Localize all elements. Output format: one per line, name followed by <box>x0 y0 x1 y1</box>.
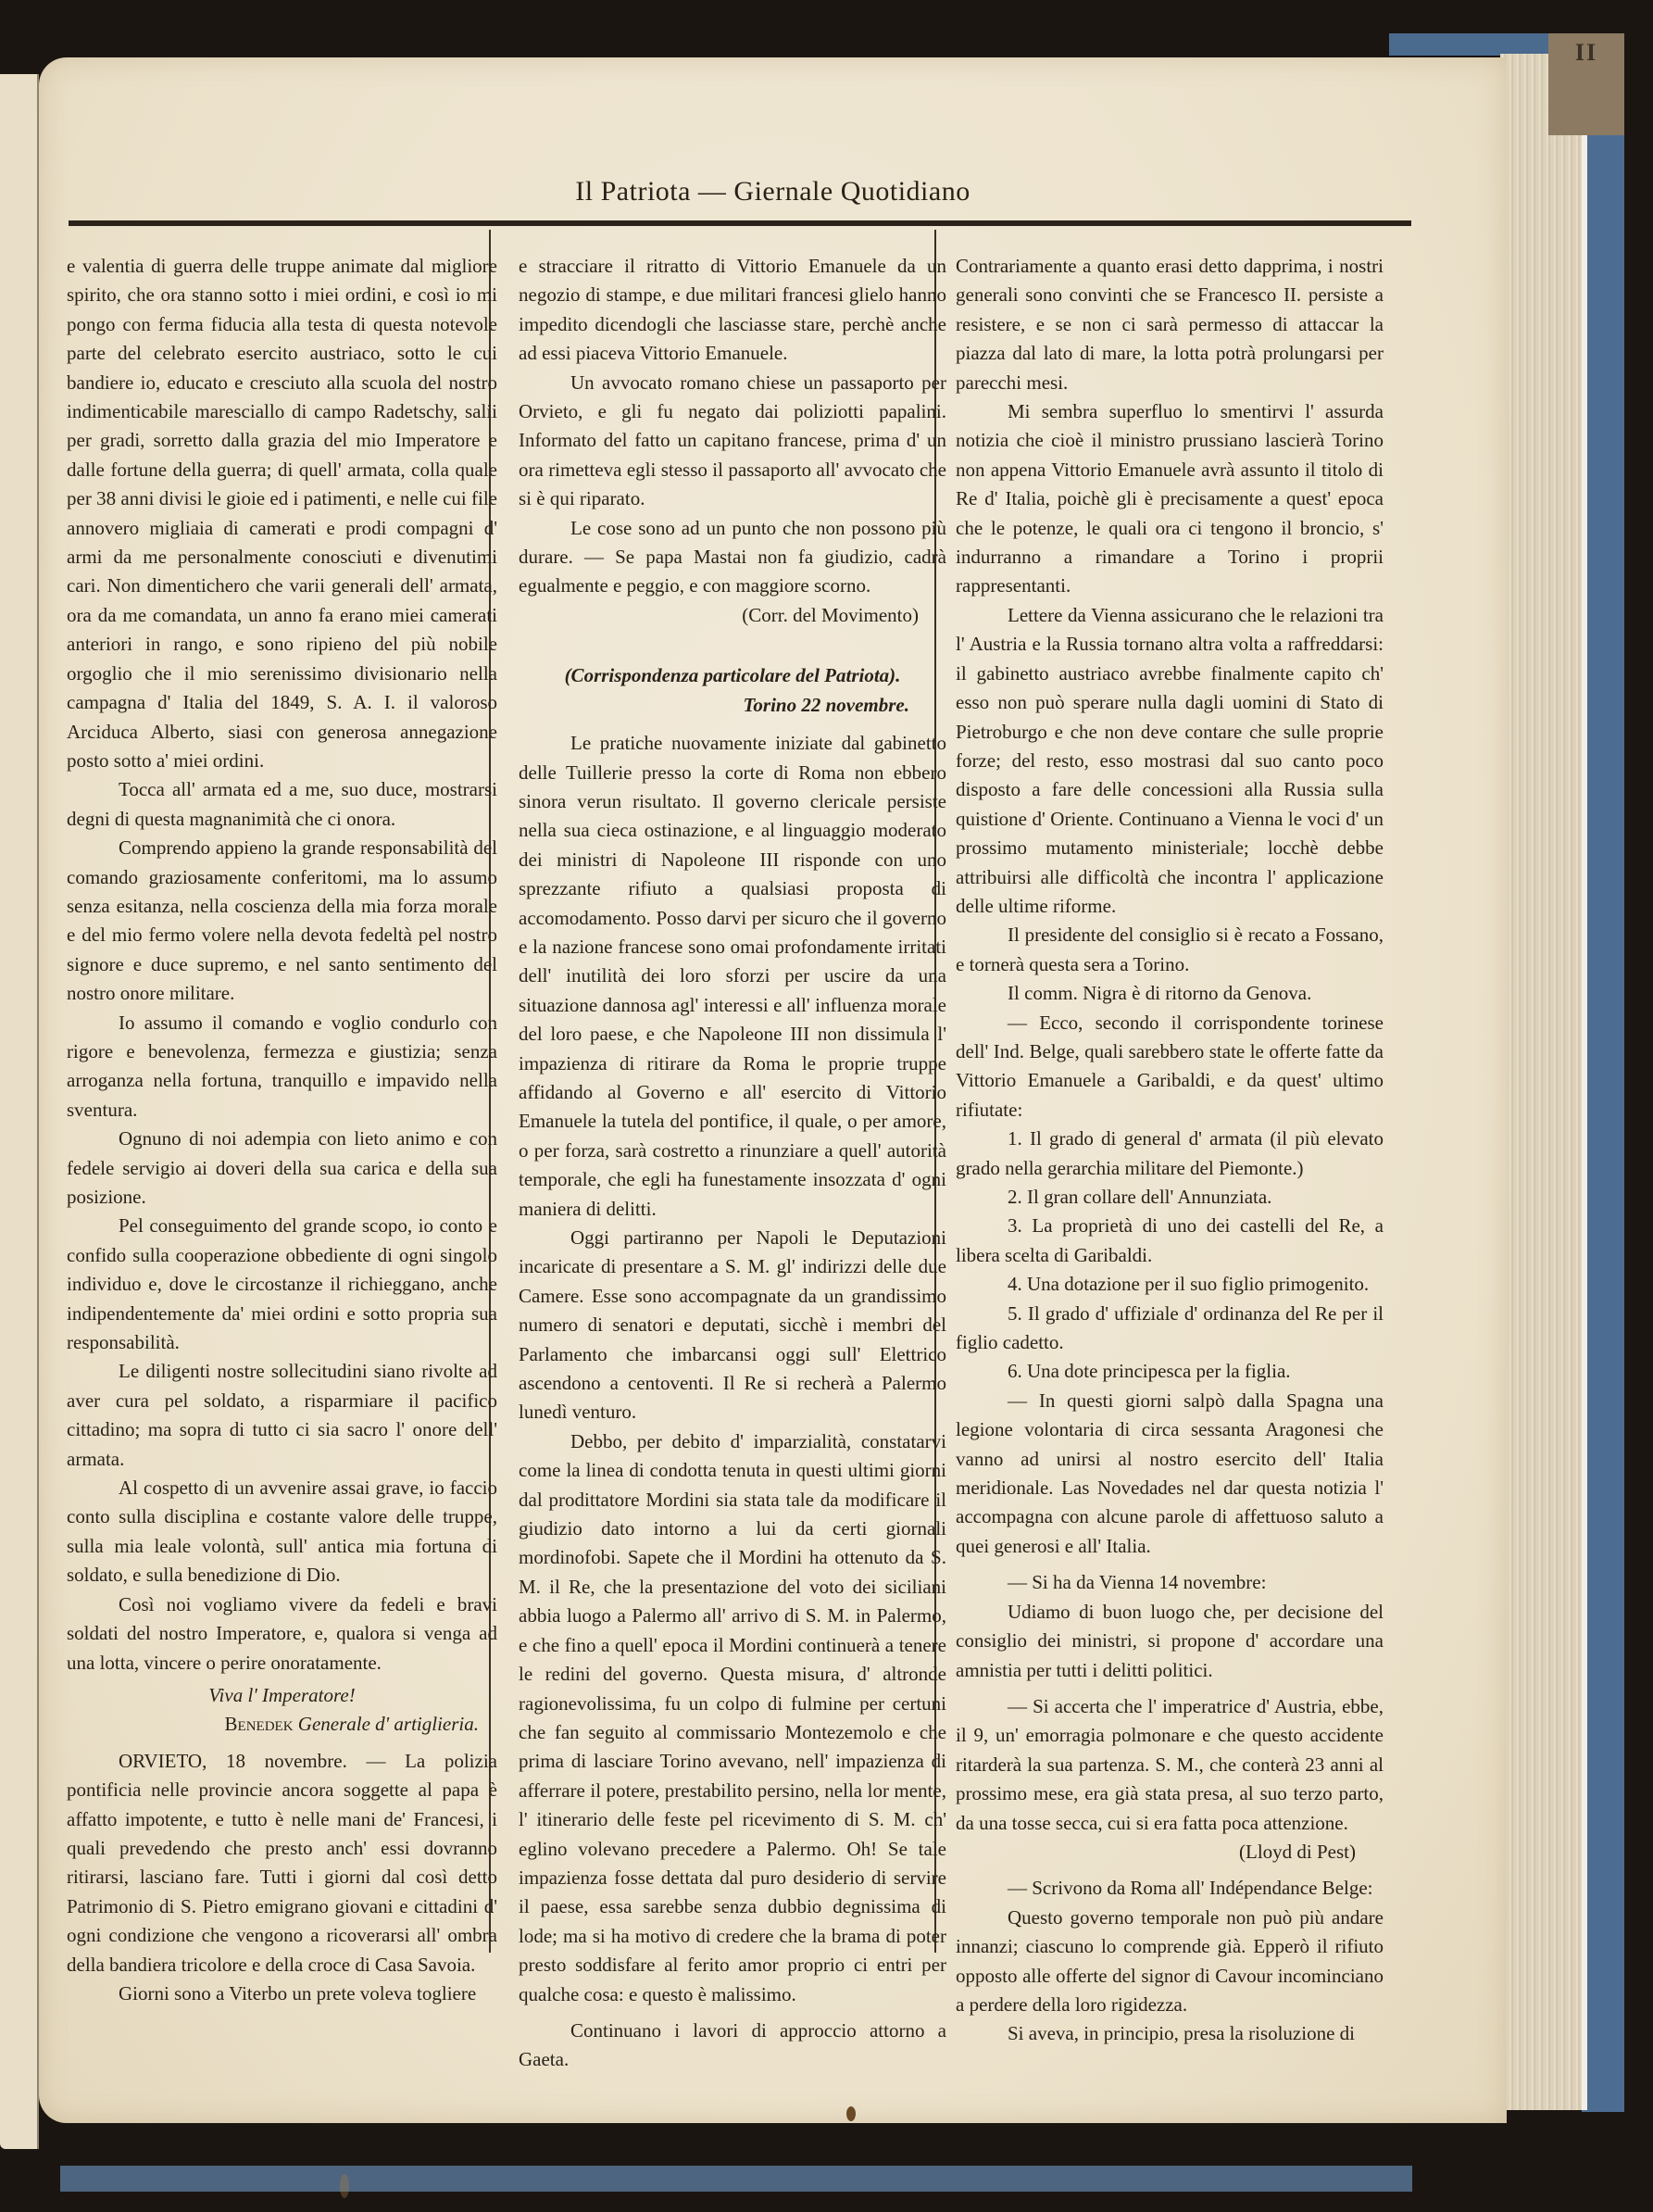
article-paragraph: 1. Il grado di general d' armata (il più… <box>956 1125 1384 1183</box>
article-paragraph: — Si ha da Vienna 14 novembre: <box>956 1568 1384 1597</box>
article-paragraph: Un avvocato romano chiese un passaporto … <box>519 369 946 514</box>
article-paragraph: Udiamo di buon luogo che, per decisione … <box>956 1598 1384 1685</box>
article-paragraph: e valentia di guerra delle truppe animat… <box>67 252 497 775</box>
source-credit: (Corr. del Movimento) <box>519 601 946 630</box>
article-paragraph: — Ecco, secondo il corrispondente torine… <box>956 1009 1384 1125</box>
masthead-rule <box>69 220 1411 226</box>
article-paragraph: — Scrivono da Roma all' Indépendance Bel… <box>956 1874 1384 1903</box>
article-paragraph: 4. Una dotazione per il suo figlio primo… <box>956 1270 1384 1299</box>
article-paragraph: Lettere da Vienna assicurano che le rela… <box>956 601 1384 921</box>
article-paragraph: 3. La proprietà di uno dei castelli del … <box>956 1212 1384 1270</box>
article-paragraph: Mi sembra superfluo lo smentirvi l' assu… <box>956 397 1384 601</box>
signature: Benedek Generale d' artiglieria. <box>67 1710 497 1739</box>
article-paragraph: Le cose sono ad un punto che non possono… <box>519 514 946 601</box>
article-paragraph: — Si accerta che l' imperatrice d' Austr… <box>956 1692 1384 1838</box>
spine-label: II <box>1548 33 1624 135</box>
article-paragraph: 5. Il grado d' uffiziale d' ordinanza de… <box>956 1300 1384 1358</box>
article-paragraph: Debbo, per debito d' imparzialità, const… <box>519 1427 946 2009</box>
article-paragraph: Il presidente del consiglio si è recato … <box>956 921 1384 979</box>
article-paragraph: Giorni sono a Viterbo un prete voleva to… <box>67 1979 497 2008</box>
article-paragraph: Le pratiche nuovamente iniziate dal gabi… <box>519 729 946 1224</box>
page-stack-edges <box>1500 54 1587 2110</box>
article-paragraph: 2. Il gran collare dell' Annunziata. <box>956 1183 1384 1212</box>
article-paragraph: Ognuno di noi adempia con lieto animo e … <box>67 1125 497 1212</box>
facing-page-edge <box>0 74 39 2149</box>
closing-salutation: Viva l' Imperatore! <box>67 1681 497 1710</box>
article-paragraph: Io assumo il comando e voglio condurlo c… <box>67 1009 497 1125</box>
column-3: Contrariamente a quanto erasi detto dapp… <box>956 252 1384 2049</box>
article-paragraph: 6. Una dote principesca per la figlia. <box>956 1357 1384 1386</box>
signatory-name: Benedek <box>225 1713 298 1735</box>
column-1: e valentia di guerra delle truppe animat… <box>67 252 497 2008</box>
signatory-title: Generale d' artiglieria. <box>298 1713 479 1735</box>
article-paragraph: Pel conseguimento del grande scopo, io c… <box>67 1212 497 1357</box>
article-paragraph: Contrariamente a quanto erasi detto dapp… <box>956 252 1384 397</box>
masthead-title: Il Patriota — Giernale Quotidiano <box>39 176 1507 207</box>
column-2: e stracciare il ritratto di Vittorio Ema… <box>519 252 946 2075</box>
newspaper-page: Il Patriota — Giernale Quotidiano e vale… <box>39 57 1507 2123</box>
article-paragraph: Così noi vogliamo vivere da fedeli e bra… <box>67 1590 497 1678</box>
section-heading: (Corrispondenza particolare del Patriota… <box>519 661 946 690</box>
foxing-stain <box>340 2174 349 2198</box>
article-paragraph: Questo governo temporale non può più and… <box>956 1904 1384 2020</box>
article-paragraph: Comprendo appieno la grande responsabili… <box>67 834 497 1008</box>
article-paragraph: Al cospetto di un avvenire assai grave, … <box>67 1474 497 1590</box>
binding-cover-bottom <box>60 2166 1412 2192</box>
article-paragraph: Tocca all' armata ed a me, suo duce, mos… <box>67 775 497 834</box>
dateline: Torino 22 novembre. <box>519 691 946 720</box>
source-credit: (Lloyd di Pest) <box>956 1838 1384 1866</box>
article-paragraph: Il comm. Nigra è di ritorno da Genova. <box>956 979 1384 1008</box>
article-paragraph: Si aveva, in principio, presa la risoluz… <box>956 2019 1384 2048</box>
article-paragraph: ORVIETO, 18 novembre. — La polizia ponti… <box>67 1747 497 1979</box>
article-paragraph: Oggi partiranno per Napoli le Deputazion… <box>519 1224 946 1427</box>
article-paragraph: e stracciare il ritratto di Vittorio Ema… <box>519 252 946 369</box>
article-paragraph: Le diligenti nostre sollecitudini siano … <box>67 1357 497 1474</box>
article-paragraph: — In questi giorni salpò dalla Spagna un… <box>956 1387 1384 1561</box>
article-paragraph: Continuano i lavori di approccio attorno… <box>519 2017 946 2075</box>
ink-spot <box>846 2106 856 2121</box>
binding-cover <box>1582 37 1624 2112</box>
